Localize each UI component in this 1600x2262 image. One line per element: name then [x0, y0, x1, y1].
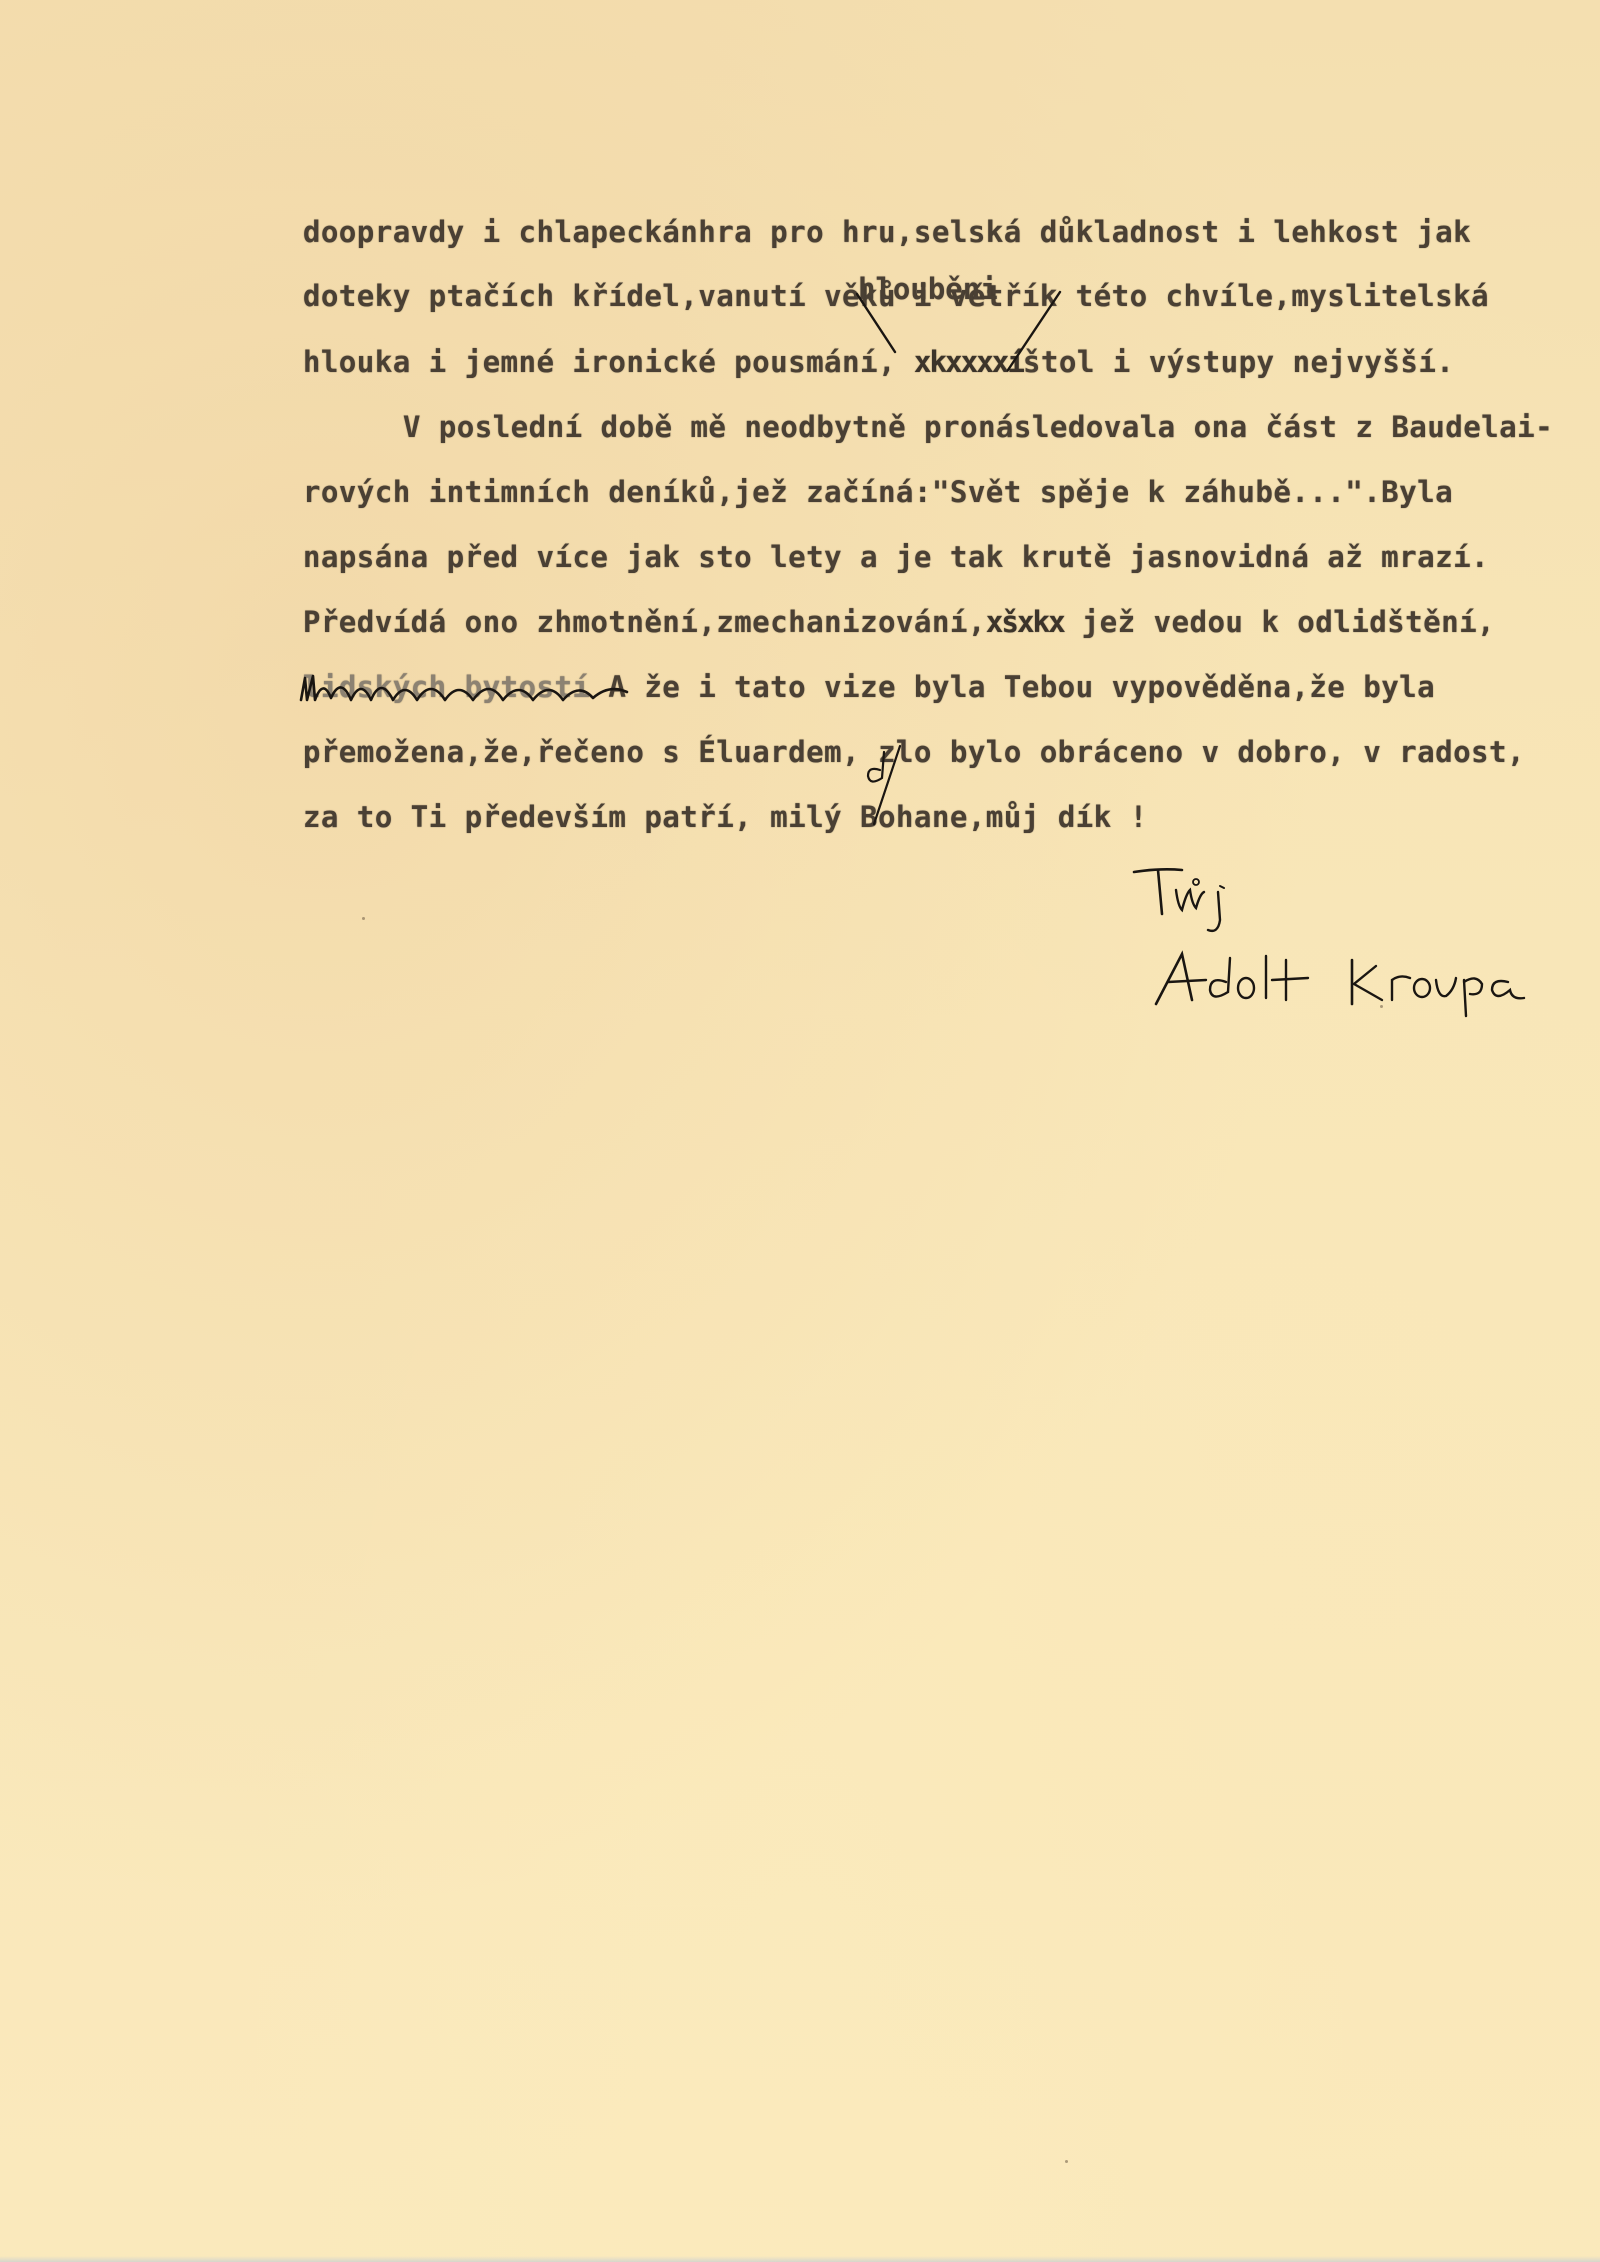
- body-line-10: za to Ti především patří, milý Bohane,mů…: [195, 763, 1148, 871]
- pen-slash-left-icon: [855, 290, 955, 370]
- pen-slash-right-icon: [1000, 288, 1080, 378]
- handwritten-signature-icon: [1120, 850, 1540, 1030]
- signature-name-text: Adolf Kroupa: [1120, 850, 1127, 851]
- line-text: za to Ti především patří, milý Boh: [303, 800, 914, 834]
- handwritten-d-correction-icon: [860, 742, 920, 832]
- letter-page: doopravdy i chlapeckánhra pro hru,selská…: [0, 0, 1600, 2262]
- line-text: ne,můj dík !: [932, 800, 1148, 834]
- paper-speck: [362, 917, 365, 920]
- paper-speck: [1065, 2160, 1068, 2163]
- signature: Tvůj Adolf Kroupa: [1120, 850, 1540, 1030]
